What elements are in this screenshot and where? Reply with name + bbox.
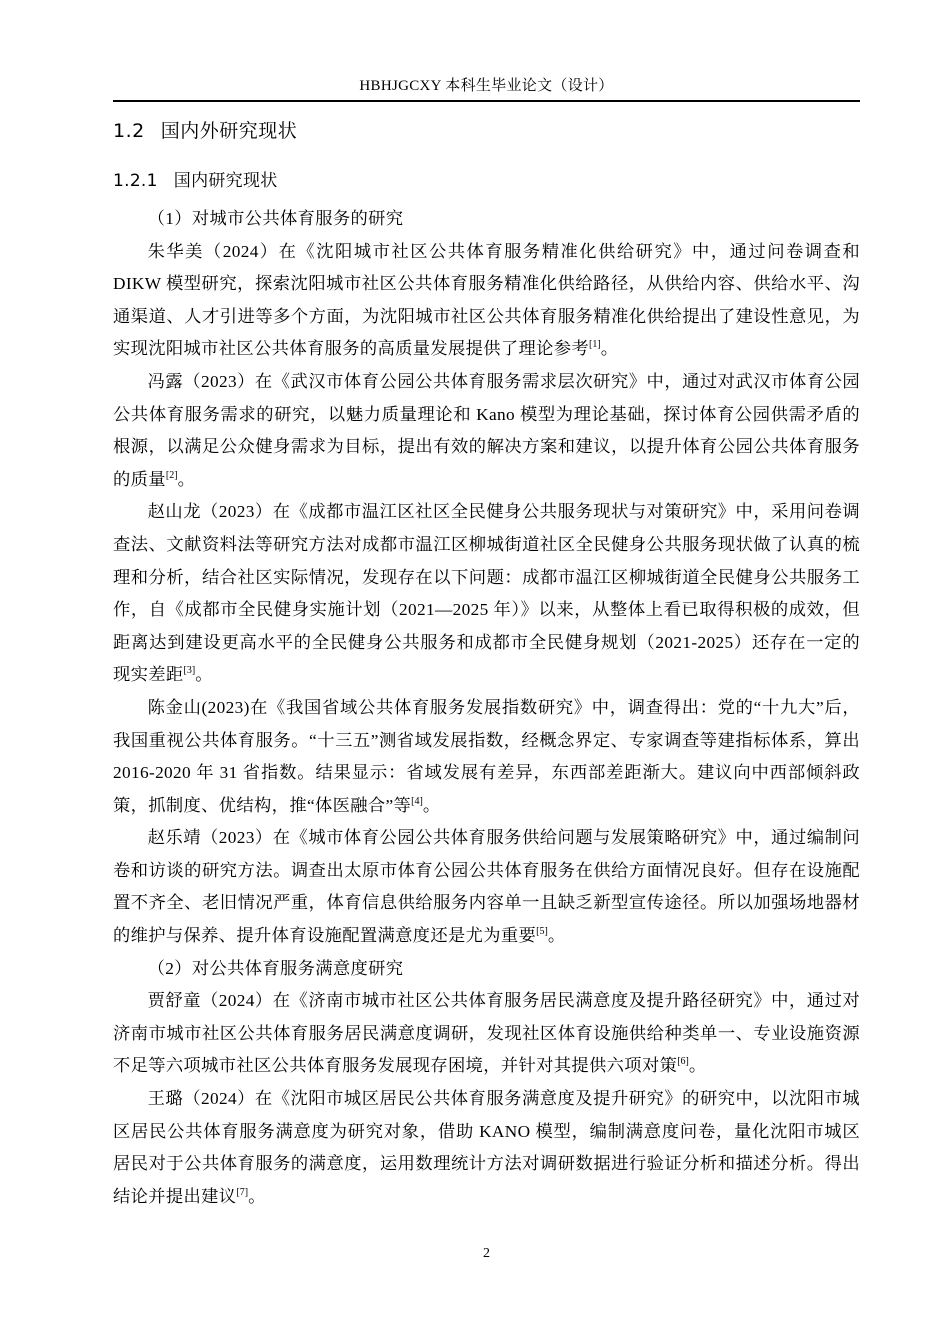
paragraph-end: 。 [689,1056,707,1075]
paragraph-text: 朱华美（2024）在《沈阳城市社区公共体育服务精准化供给研究》中，通过问卷调查和… [113,242,860,359]
topic-heading-satisfaction: （2）对公共体育服务满意度研究 [113,953,860,986]
header-divider [113,100,860,102]
citation-ref[interactable]: [3] [184,665,196,676]
section-number: 1.2 [113,114,145,148]
paragraph-text: 冯露（2023）在《武汉市体育公园公共体育服务需求层次研究》中，通过对武汉市体育… [113,372,860,489]
citation-ref[interactable]: [2] [166,470,178,481]
paragraph-feng-lu: 冯露（2023）在《武汉市体育公园公共体育服务需求层次研究》中，通过对武汉市体育… [113,366,860,496]
paragraph-end: 。 [178,470,196,489]
citation-ref[interactable]: [7] [236,1187,248,1198]
page-body: 1.2国内外研究现状 1.2.1国内研究现状 （1）对城市公共体育服务的研究 朱… [113,114,860,1213]
citation-ref[interactable]: [4] [411,796,423,807]
paragraph-end: 。 [423,796,441,815]
section-title: 国内外研究现状 [161,120,298,142]
paragraph-text: 贾舒童（2024）在《济南市城市社区公共体育服务居民满意度及提升路径研究》中，通… [113,991,860,1075]
citation-ref[interactable]: [1] [589,339,601,350]
paragraph-end: 。 [248,1187,266,1206]
paragraph-text: 赵乐靖（2023）在《城市体育公园公共体育服务供给问题与发展策略研究》中，通过编… [113,828,860,945]
page-number: 2 [113,1245,860,1263]
citation-ref[interactable]: [5] [536,926,548,937]
subsection-title: 国内研究现状 [174,171,278,191]
subsection-heading: 1.2.1国内研究现状 [113,166,860,196]
paragraph-text: 王璐（2024）在《沈阳市城区居民公共体育服务满意度及提升研究》的研究中，以沈阳… [113,1089,860,1206]
paragraph-zhu-huamei: 朱华美（2024）在《沈阳城市社区公共体育服务精准化供给研究》中，通过问卷调查和… [113,236,860,366]
paragraph-end: 。 [601,339,619,358]
paragraph-jia-shutong: 贾舒童（2024）在《济南市城市社区公共体育服务居民满意度及提升路径研究》中，通… [113,985,860,1083]
paragraph-end: 。 [548,926,566,945]
paragraph-zhao-lejing: 赵乐靖（2023）在《城市体育公园公共体育服务供给问题与发展策略研究》中，通过编… [113,822,860,952]
paragraph-text: 赵山龙（2023）在《成都市温江区社区全民健身公共服务现状与对策研究》中，采用问… [113,502,860,684]
section-heading: 1.2国内外研究现状 [113,114,860,148]
paragraph-zhao-shanlong: 赵山龙（2023）在《成都市温江区社区全民健身公共服务现状与对策研究》中，采用问… [113,496,860,692]
paragraph-end: 。 [195,665,213,684]
paragraph-text: 陈金山(2023)在《我国省域公共体育服务发展指数研究》中，调查得出：党的“十九… [113,698,860,815]
paragraph-wang-lu: 王璐（2024）在《沈阳市城区居民公共体育服务满意度及提升研究》的研究中，以沈阳… [113,1083,860,1213]
citation-ref[interactable]: [6] [677,1056,689,1067]
running-header: HBHJGCXY 本科生毕业论文（设计） [113,76,860,96]
subsection-number: 1.2.1 [113,166,158,196]
topic-heading-urban-sports-service: （1）对城市公共体育服务的研究 [113,203,860,236]
paragraph-chen-jinshan: 陈金山(2023)在《我国省域公共体育服务发展指数研究》中，调查得出：党的“十九… [113,692,860,822]
